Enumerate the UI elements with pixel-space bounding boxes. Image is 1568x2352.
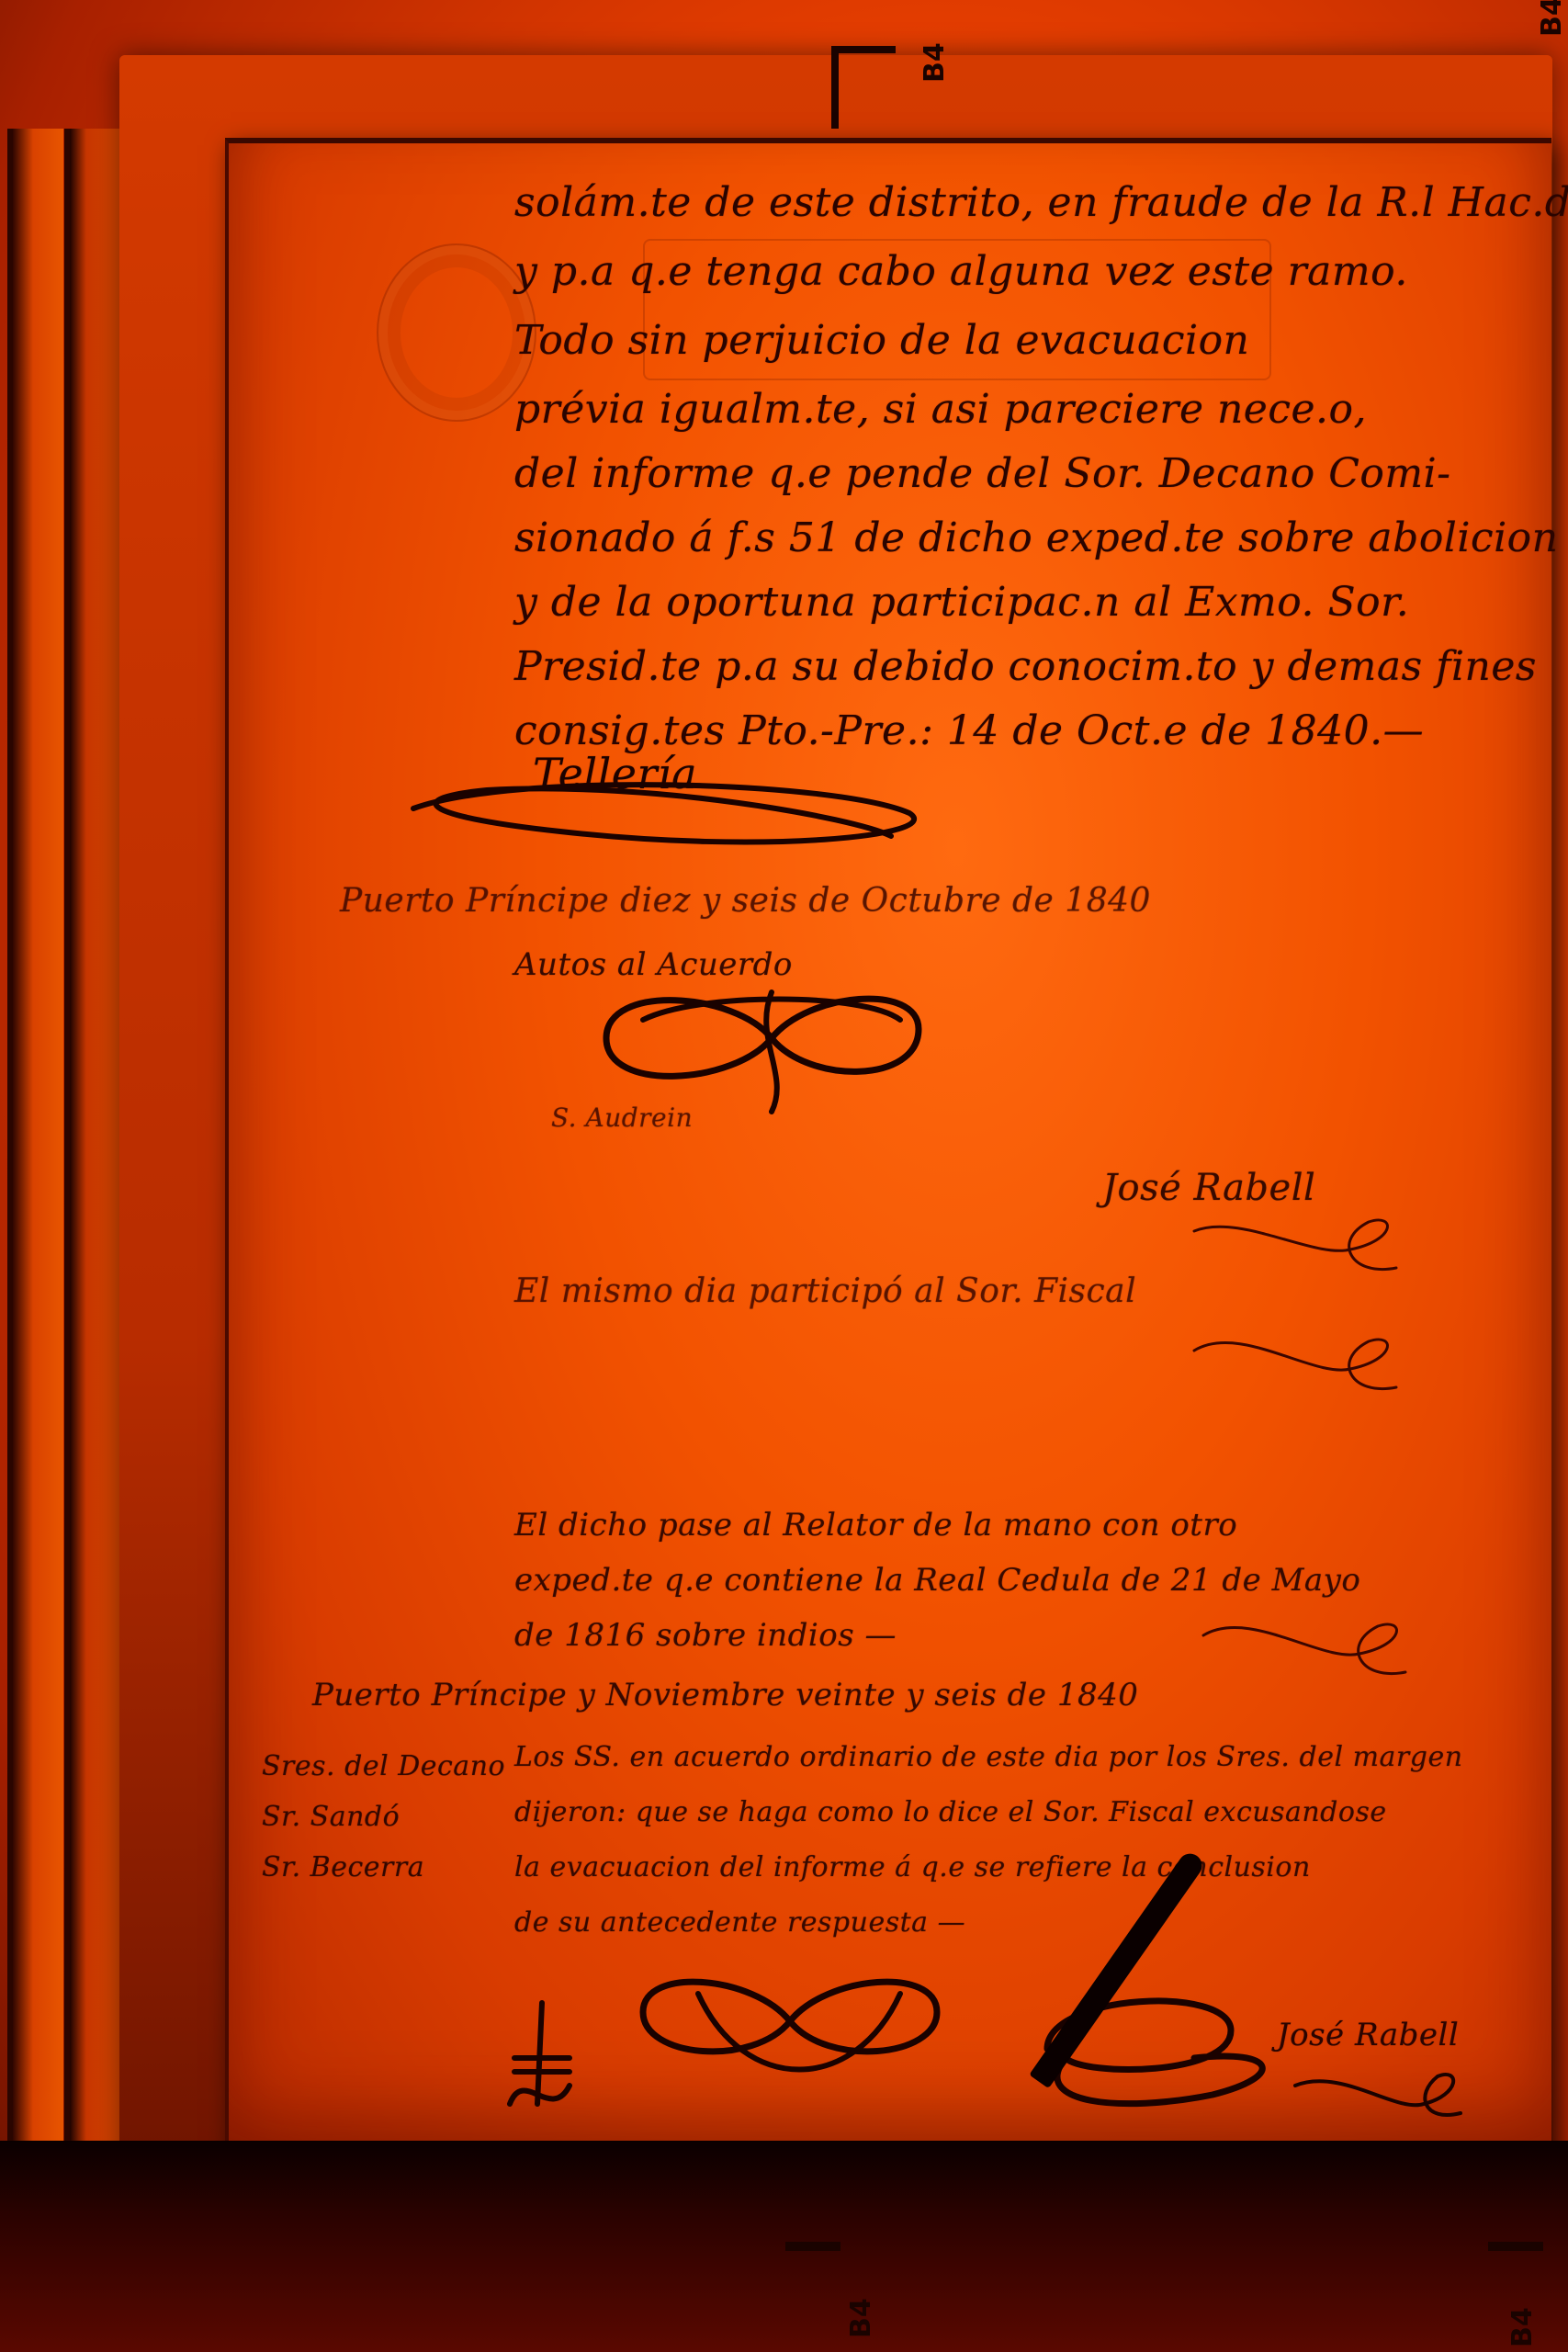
- manuscript-line: exped.te q.e contiene la Real Cedula de …: [514, 1562, 1360, 1599]
- manuscript-heading: Puerto Príncipe y Noviembre veinte y sei…: [312, 1677, 1138, 1713]
- page-bottom-shadow: [0, 2141, 1568, 2352]
- signature-jose-rabell: José Rabell: [1277, 2017, 1459, 2053]
- rubric-note: S. Audrein: [551, 1102, 693, 1133]
- rubric-flourish-icon: [625, 1957, 974, 2113]
- manuscript-line: Todo sin perjuicio de la evacuacion: [514, 317, 1249, 364]
- margin-note: Sr. Becerra: [262, 1851, 424, 1883]
- rubric-mark-icon: [496, 1994, 588, 2122]
- manuscript-line: consig.tes Pto.-Pre.: 14 de Oct.e de 184…: [514, 707, 1424, 754]
- signature-flourish-icon: [1286, 2058, 1470, 2131]
- stacked-pages-edge: [64, 129, 125, 2150]
- crop-mark: [831, 46, 896, 53]
- manuscript-line-faint: Puerto Príncipe diez y seis de Octubre d…: [340, 882, 1151, 920]
- manuscript-line: del informe q.e pende del Sor. Decano Co…: [514, 450, 1451, 497]
- manuscript-line: prévia igualm.te, si asi pareciere nece.…: [514, 386, 1367, 433]
- manuscript-line: solám.te de este distrito, en fraude de …: [514, 179, 1568, 226]
- manuscript-line: Presid.te p.a su debido conocim.to y dem…: [514, 643, 1537, 690]
- frame-label-top-left: B4: [919, 42, 951, 83]
- crop-mark: [831, 46, 839, 129]
- signature-flourish-icon: [1185, 1204, 1424, 1286]
- manuscript-line: dijeron: que se haga como lo dice el Sor…: [514, 1796, 1387, 1828]
- manuscript-line: y de la oportuna participac.n al Exmo. S…: [514, 579, 1409, 626]
- frame-label-bottom-left: B4: [845, 2298, 877, 2338]
- embossed-seal: [377, 243, 536, 422]
- crop-mark: [785, 2242, 840, 2251]
- manuscript-line: de su antecedente respuesta —: [514, 1906, 965, 1939]
- manuscript-line: de 1816 sobre indios —: [514, 1617, 897, 1654]
- margin-note: Sr. Sandó: [262, 1801, 400, 1833]
- signature-flourish-icon: [1194, 1599, 1433, 1690]
- manuscript-line-faint: El mismo dia participó al Sor. Fiscal: [514, 1272, 1136, 1310]
- stacked-pages-edge: [7, 129, 63, 2150]
- manuscript-line: El dicho pase al Relator de la mano con …: [514, 1507, 1237, 1543]
- manuscript-line: y p.a q.e tenga cabo alguna vez este ram…: [514, 248, 1408, 295]
- manuscript-line: Los SS. en acuerdo ordinario de este dia…: [514, 1741, 1463, 1773]
- frame-label-top-right: B4: [1536, 0, 1568, 37]
- signature-flourish-icon: [1185, 1314, 1424, 1406]
- manuscript-line: sionado á f.s 51 de dicho exped.te sobre…: [514, 514, 1559, 561]
- crop-mark: [1488, 2242, 1543, 2251]
- frame-label-bottom-right: B4: [1506, 2307, 1539, 2347]
- rubric-flourish-icon: [588, 955, 955, 1121]
- margin-note: Sres. del Decano: [262, 1750, 505, 1782]
- signature-flourish-icon: [377, 763, 946, 864]
